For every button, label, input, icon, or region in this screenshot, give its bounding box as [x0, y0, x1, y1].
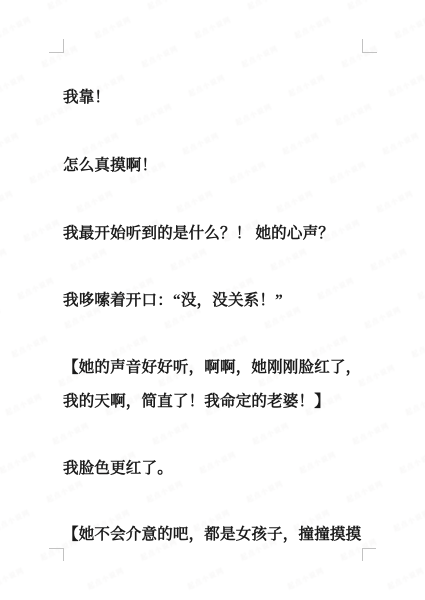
paragraph: 我靠！: [63, 81, 365, 115]
paragraph: 我最开始听到的是什么？！ 她的心声？: [63, 217, 365, 251]
text-area: 我靠！ 怎么真摸啊！ 我最开始听到的是什么？！ 她的心声？ 我哆嗦着开口：“没，…: [0, 0, 425, 600]
paragraph: 我脸色更红了。: [63, 452, 365, 486]
paragraph-line: 【她不会介意的吧，都是女孩子，撞撞摸摸: [63, 518, 365, 552]
paragraph-line: 我的天啊，简直了！我命定的老婆！】: [63, 385, 365, 419]
paragraph-line: 我哆嗦着开口：“没，没关系！”: [63, 284, 365, 318]
paragraph-line: 我靠！: [63, 81, 365, 115]
paragraph: 【她的声音好好听，啊啊，她刚刚脸红了， 我的天啊，简直了！我命定的老婆！】: [63, 351, 365, 419]
paragraph-line: 我最开始听到的是什么？！ 她的心声？: [63, 217, 365, 251]
paragraph-line: 【她的声音好好听，啊啊，她刚刚脸红了，: [63, 351, 365, 385]
paragraph: 我哆嗦着开口：“没，没关系！”: [63, 284, 365, 318]
paragraph-line: 怎么真摸啊！: [63, 149, 365, 183]
document-page[interactable]: 起点小说网起点小说网起点小说网起点小说网起点小说网起点小说网起点小说网起点小说网…: [0, 0, 425, 600]
paragraph: 【她不会介意的吧，都是女孩子，撞撞摸摸: [63, 518, 365, 552]
paragraph: 怎么真摸啊！: [63, 149, 365, 183]
paragraph-line: 我脸色更红了。: [63, 452, 365, 486]
